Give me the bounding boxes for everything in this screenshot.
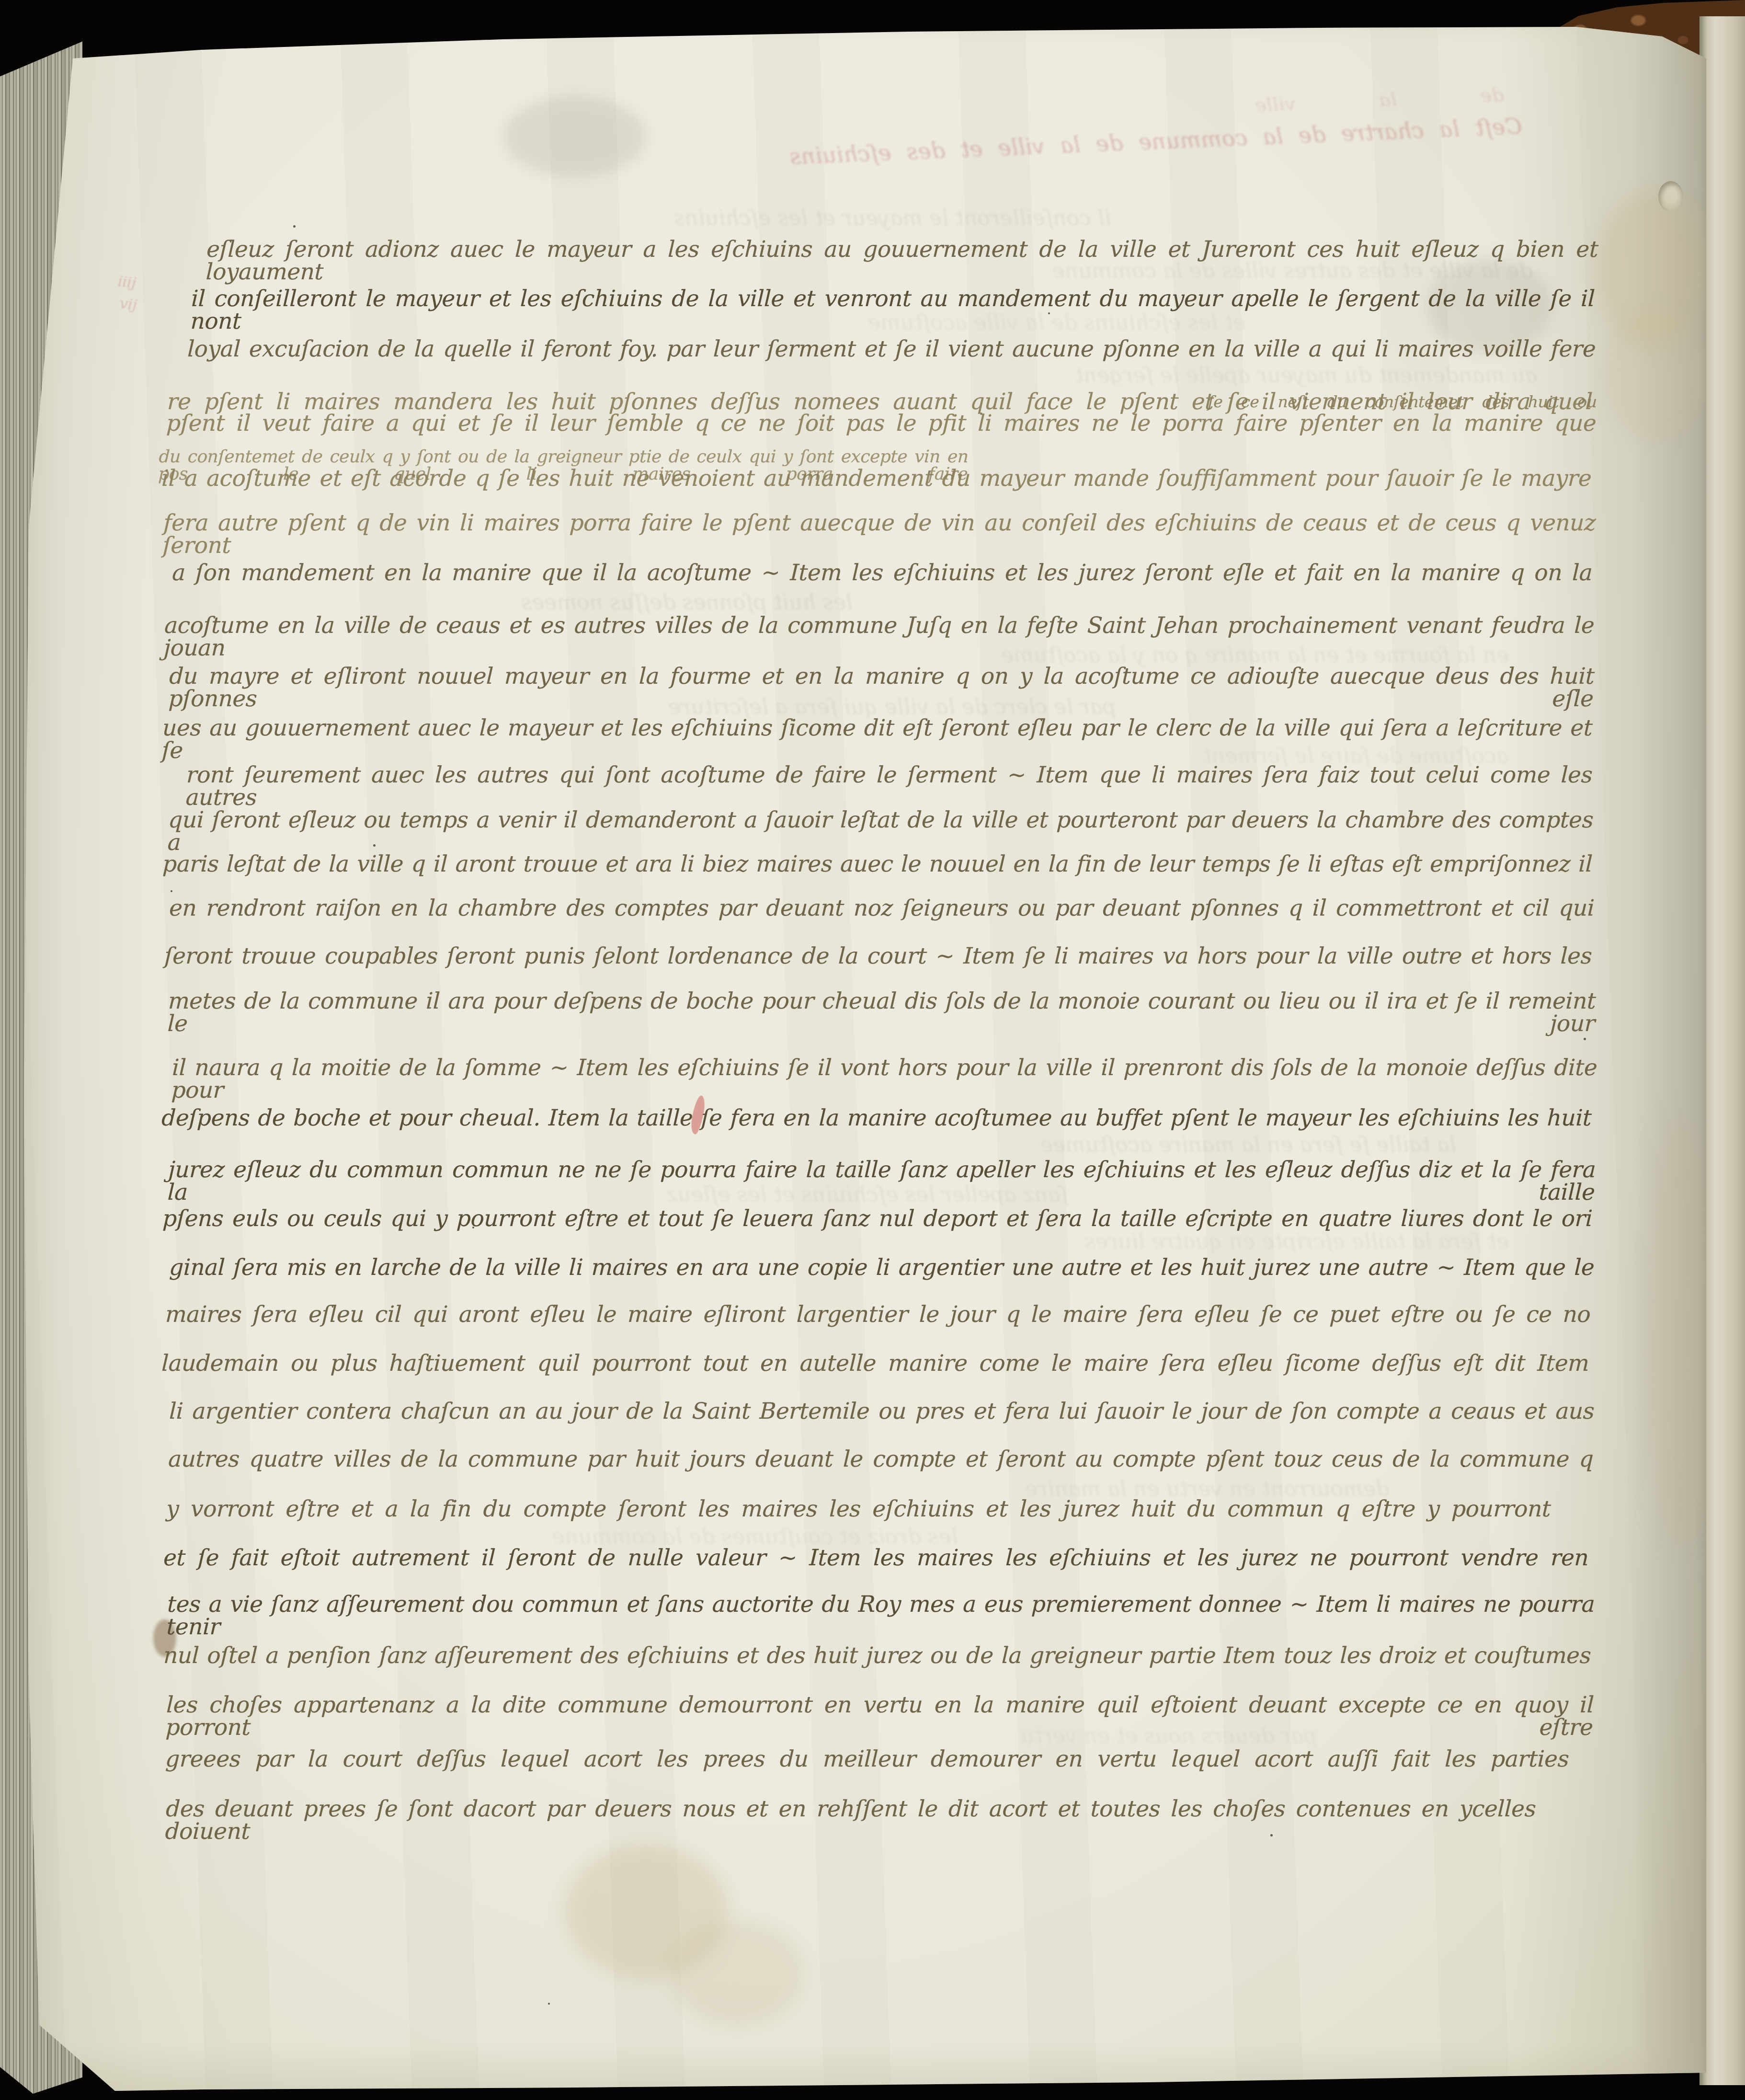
manuscript-line: tes a vie ſanz aſſeurement dou commun et…	[167, 1593, 1595, 1623]
manuscript-line: jurez eſleuz du commun commun ne ne ſe p…	[168, 1159, 1596, 1188]
parchment-flaw	[1658, 181, 1683, 212]
manuscript-line: eſleuz ſeront adionz auec le mayeur a le…	[206, 238, 1598, 268]
manuscript-line: qui ſeront eſleuz ou temps a venir il de…	[168, 809, 1594, 838]
manuscript-line: ues au gouuernement auec le mayeur et le…	[162, 717, 1593, 746]
manuscript-line: loyal excuſacion de la quelle il feront …	[187, 338, 1596, 367]
red-rubric-bleedthrough-small: de la ville	[1255, 84, 1505, 121]
ink-speck	[472, 1227, 474, 1228]
ink-speck	[171, 890, 172, 892]
ink-speck	[1270, 1834, 1273, 1836]
stain	[1605, 307, 1705, 441]
manuscript-line: ginal ſera mis en larche de la ville li …	[169, 1256, 1595, 1286]
manuscript-line: a ſon mandement en la manire que il la a…	[171, 562, 1593, 591]
facing-page-sliver	[1699, 16, 1745, 2085]
manuscript-line: nul oſtel a penſion ſanz aſſeurement des…	[163, 1644, 1591, 1674]
manuscript-line: les choſes appartenanz a la dite commune…	[166, 1694, 1594, 1723]
manuscript-line: il naura q la moitie de la ſomme ~ Item …	[171, 1056, 1597, 1086]
stain	[503, 96, 647, 177]
parchment-page: Ceſt la chartre de la commune de la vill…	[0, 0, 1745, 2100]
manuscript-line: ſe ce neſt du conſentemet des huit ou	[1207, 394, 1597, 424]
manuscript-line: deſpens de boche et pour cheual. Item la…	[161, 1107, 1592, 1136]
manuscript-line: ront ſeurement auec les autres qui ſont …	[186, 764, 1593, 793]
manuscript-line: li argentier contera chaſcun an au jour …	[169, 1400, 1595, 1430]
manuscript-line: ſeront trouue coupables ſeront punis ſel…	[164, 945, 1592, 975]
manuscript-line: en rendront raiſon en la chambre des com…	[169, 897, 1595, 927]
ink-speck	[1463, 1465, 1465, 1467]
ink-speck	[373, 844, 376, 847]
manuscript-line: pſens euls ou ceuls qui y pourront eſtre…	[162, 1207, 1593, 1237]
manuscript-line: maires ſera eſleu cil qui aront eſleu le…	[165, 1303, 1591, 1333]
bleedthrough-text: les huit pſonnes deſſus nomees	[182, 590, 853, 615]
ink-speck	[548, 2003, 550, 2005]
manuscript-line: il conſeilleront le mayeur et les eſchiu…	[191, 287, 1595, 317]
manuscript-line: autres quatre villes de la commune par h…	[168, 1448, 1594, 1478]
stain	[671, 1921, 805, 2027]
manuscript-line: greees par la court deſſus lequel acort …	[165, 1748, 1569, 1778]
red-rubric-bleedthrough: Ceſt la chartre de la commune de la vill…	[789, 113, 1522, 171]
faint-folio-mark: vij	[119, 295, 137, 314]
bleedthrough-text: il conſeilleront le mayeur et les eſchiu…	[393, 206, 1111, 230]
faint-folio-mark: iiij	[117, 273, 137, 292]
manuscript-line: du mayre et eſliront nouuel mayeur en la…	[169, 665, 1595, 695]
ink-speck	[696, 578, 697, 580]
stain	[565, 1845, 728, 1979]
ink-speck	[1048, 312, 1050, 314]
manuscript-line: des deuant prees ſe ſont dacort par deue…	[165, 1798, 1536, 1827]
stain	[1595, 192, 1710, 350]
manuscript-line: et ſe fait eſtoit autrement il ſeront de…	[163, 1547, 1589, 1576]
ink-speck	[293, 225, 296, 228]
manuscript-line: acoſtume en la ville de ceaus et es autr…	[164, 614, 1595, 644]
ink-speck	[1584, 1038, 1586, 1040]
manuscript-line: laudemain ou plus haſtiuement quil pourr…	[161, 1352, 1589, 1382]
manuscript-line: y vorront eſtre et a la fin du compte ſe…	[166, 1498, 1551, 1527]
manuscript-line: fera autre pſent q de vin li maires porr…	[163, 512, 1596, 541]
manuscript-photo-scene: Ceſt la chartre de la commune de la vill…	[0, 0, 1745, 2100]
stain	[1643, 1112, 1715, 1543]
manuscript-line: metes de la commune il ara pour deſpens …	[168, 990, 1596, 1020]
manuscript-line: il a acoſtume et eſt acorde q ſe les hui…	[161, 467, 1592, 497]
manuscript-line: paris leſtat de la ville q il aront trou…	[162, 853, 1593, 883]
